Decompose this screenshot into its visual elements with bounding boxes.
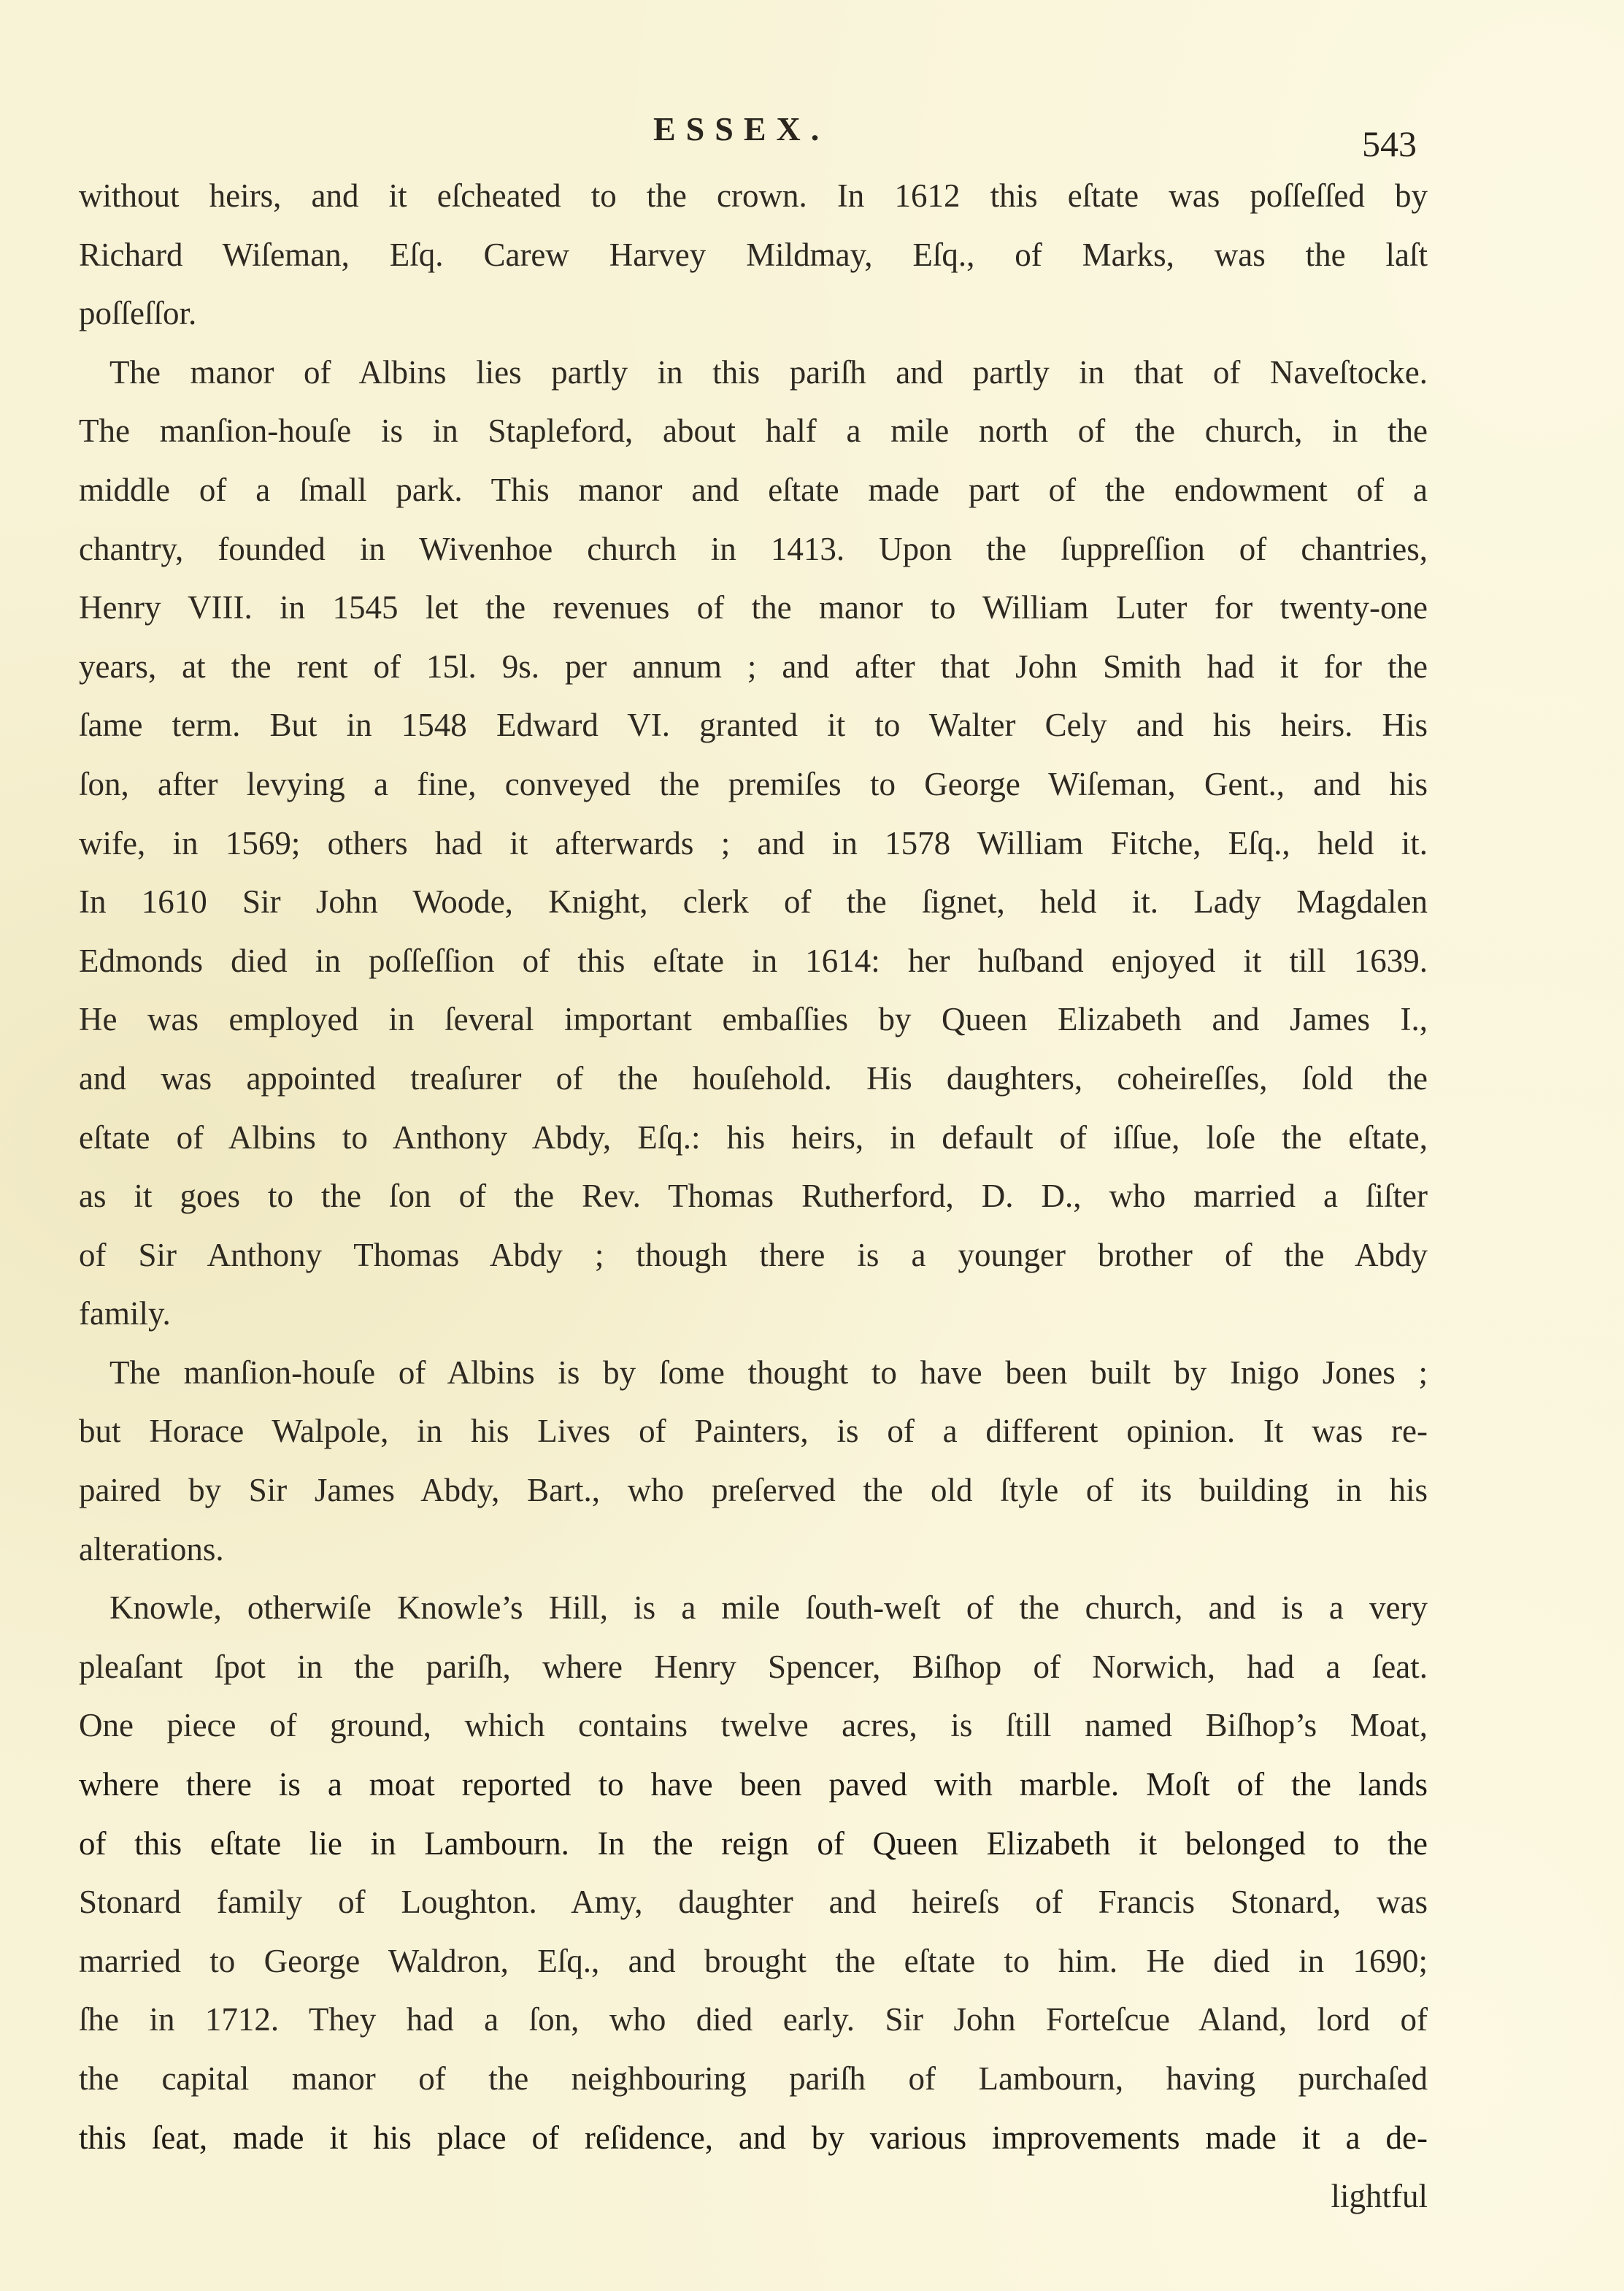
paragraph: The manor of Albins lies partly in this … xyxy=(79,343,1428,1343)
text-line: The manſion-houſe is in Stapleford, abou… xyxy=(79,402,1428,461)
text-line: ſame term. But in 1548 Edward VI. grante… xyxy=(79,696,1428,755)
text-line: alterations. xyxy=(79,1520,1428,1579)
text-line: years, at the rent of 15l. 9s. per annum… xyxy=(79,637,1428,696)
paragraph: Knowle, otherwiſe Knowle’s Hill, is a mi… xyxy=(79,1578,1428,2167)
text-line: eſtate of Albins to Anthony Abdy, Eſq.: … xyxy=(79,1108,1428,1167)
catchword: lightful xyxy=(79,2167,1428,2226)
text-line: middle of a ſmall park. This manor and e… xyxy=(79,461,1428,520)
text-line: The manſion-houſe of Albins is by ſome t… xyxy=(79,1343,1428,1402)
text-line: married to George Waldron, Eſq., and bro… xyxy=(79,1932,1428,1991)
text-line: poſſeſſor. xyxy=(79,284,1428,343)
text-line: pleaſant ſpot in the pariſh, where Henry… xyxy=(79,1638,1428,1697)
text-line: of this eſtate lie in Lambourn. In the r… xyxy=(79,1814,1428,1873)
text-line: but Horace Walpole, in his Lives of Pain… xyxy=(79,1402,1428,1461)
page-number: 543 xyxy=(1362,123,1417,165)
text-line: Edmonds died in poſſeſſion of this eſtat… xyxy=(79,932,1428,991)
paragraph: The manſion-houſe of Albins is by ſome t… xyxy=(79,1343,1428,1578)
text-line: where there is a moat reported to have b… xyxy=(79,1755,1428,1814)
running-head: ESSEX. xyxy=(653,110,829,148)
text-line: Henry VIII. in 1545 let the revenues of … xyxy=(79,578,1428,637)
book-page: ESSEX. 543 without heirs, and it eſcheat… xyxy=(0,0,1624,2291)
text-line: family. xyxy=(79,1284,1428,1343)
text-line: In 1610 Sir John Woode, Knight, clerk of… xyxy=(79,872,1428,932)
text-line: of Sir Anthony Thomas Abdy ; though ther… xyxy=(79,1226,1428,1285)
text-line: this ſeat, made it his place of reſidenc… xyxy=(79,2108,1428,2168)
text-line: and was appointed treaſurer of the houſe… xyxy=(79,1049,1428,1108)
paragraph: without heirs, and it eſcheated to the c… xyxy=(79,166,1428,343)
body-text: without heirs, and it eſcheated to the c… xyxy=(79,166,1428,2226)
text-line: without heirs, and it eſcheated to the c… xyxy=(79,166,1428,226)
text-line: wife, in 1569; others had it afterwards … xyxy=(79,814,1428,873)
text-line: paired by Sir James Abdy, Bart., who pre… xyxy=(79,1461,1428,1520)
text-line: One piece of ground, which contains twel… xyxy=(79,1696,1428,1755)
text-line: He was employed in ſeveral important emb… xyxy=(79,990,1428,1049)
text-line: as it goes to the ſon of the Rev. Thomas… xyxy=(79,1167,1428,1226)
text-line: Richard Wiſeman, Eſq. Carew Harvey Mildm… xyxy=(79,226,1428,285)
text-line: The manor of Albins lies partly in this … xyxy=(79,343,1428,402)
text-line: chantry, founded in Wivenhoe church in 1… xyxy=(79,520,1428,579)
text-line: Knowle, otherwiſe Knowle’s Hill, is a mi… xyxy=(79,1578,1428,1638)
text-line: ſhe in 1712. They had a ſon, who died ea… xyxy=(79,1990,1428,2049)
text-line: Stonard family of Loughton. Amy, daughte… xyxy=(79,1873,1428,1932)
text-line: ſon, after levying a fine, conveyed the … xyxy=(79,755,1428,814)
text-line: the capital manor of the neighbouring pa… xyxy=(79,2049,1428,2108)
